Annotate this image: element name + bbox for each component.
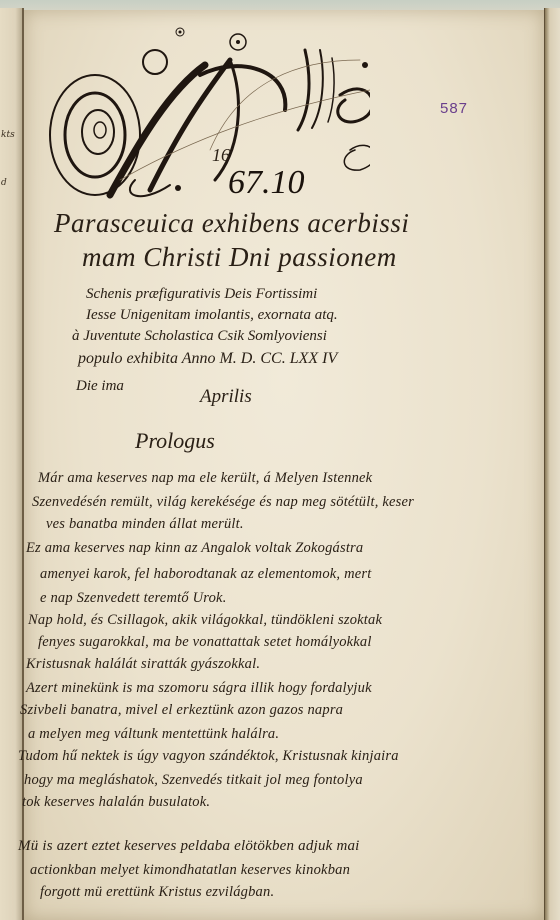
superscript-numeral: 16 [212, 145, 230, 166]
title-line: Iesse Unigenitam imolantis, exornata atq… [86, 307, 338, 324]
prologue-line: Szivbeli banatra, mivel el erkeztünk azo… [20, 702, 343, 719]
folio-number: 587 [440, 100, 468, 117]
facing-page-edge: kts d [0, 8, 24, 920]
prologue-line: Mü is azert eztet keserves peldaba elötö… [18, 838, 360, 855]
prologue-line: Kristusnak halálát siratták gyászokkal. [26, 656, 260, 673]
catalog-number: 67.10 [228, 164, 305, 202]
title-line: mam Christi Dni passionem [82, 242, 397, 273]
prologue-line: Nap hold, és Csillagok, akik világokkal,… [28, 612, 382, 629]
prologue-line: Már ama keserves nap ma ele került, á Me… [38, 470, 372, 487]
title-line: Parasceuica exhibens acerbissi [54, 208, 409, 239]
folio-number-text: 587 [440, 100, 468, 117]
title-line: à Juventute Scholastica Csik Somlyoviens… [72, 328, 327, 345]
title-day-line: Die ima [76, 378, 124, 395]
prologue-line: fenyes sugarokkal, ma be vonattattak set… [38, 634, 372, 651]
title-line: Schenis præfigurativis Deis Fortissimi [86, 286, 317, 303]
title-date-line: populo exhibita Anno M. D. CC. LXX IV [78, 350, 337, 368]
prologue-heading: Prologus [135, 428, 215, 454]
prologue-line: tok keserves halalán busulatok. [22, 794, 210, 811]
page-edge-right [544, 8, 560, 920]
prologue-line: hogy ma megláshatok, Szenvedés titkait j… [24, 772, 363, 789]
prologue-line: forgott mü erettünk Kristus ezvilágban. [40, 884, 274, 901]
prologue-line: e nap Szenvedett teremtő Urok. [40, 590, 227, 607]
prologue-line: Tudom hű nektek is úgy vagyon szándéktok… [18, 748, 399, 765]
prologue-line: Ez ama keserves nap kinn az Angalok volt… [26, 540, 363, 557]
prologue-line: amenyei karok, fel haborodtanak az eleme… [40, 566, 371, 583]
prologue-line: Azert minekünk is ma szomoru ságra illik… [26, 680, 372, 697]
calligraphic-monogram [40, 20, 370, 210]
prologue-line: Szenvedésén remült, világ kerekésége és … [32, 494, 414, 511]
facing-page-fragment: kts [1, 130, 15, 140]
prologue-line: actionkban melyet kimondhatatlan keserve… [30, 862, 350, 879]
title-month: Aprilis [200, 386, 252, 408]
prologue-line: ves banatba minden állat merült. [46, 516, 244, 533]
prologue-line: a melyen meg váltunk mentettünk halálra. [28, 726, 279, 743]
facing-page-fragment: d [1, 178, 7, 188]
